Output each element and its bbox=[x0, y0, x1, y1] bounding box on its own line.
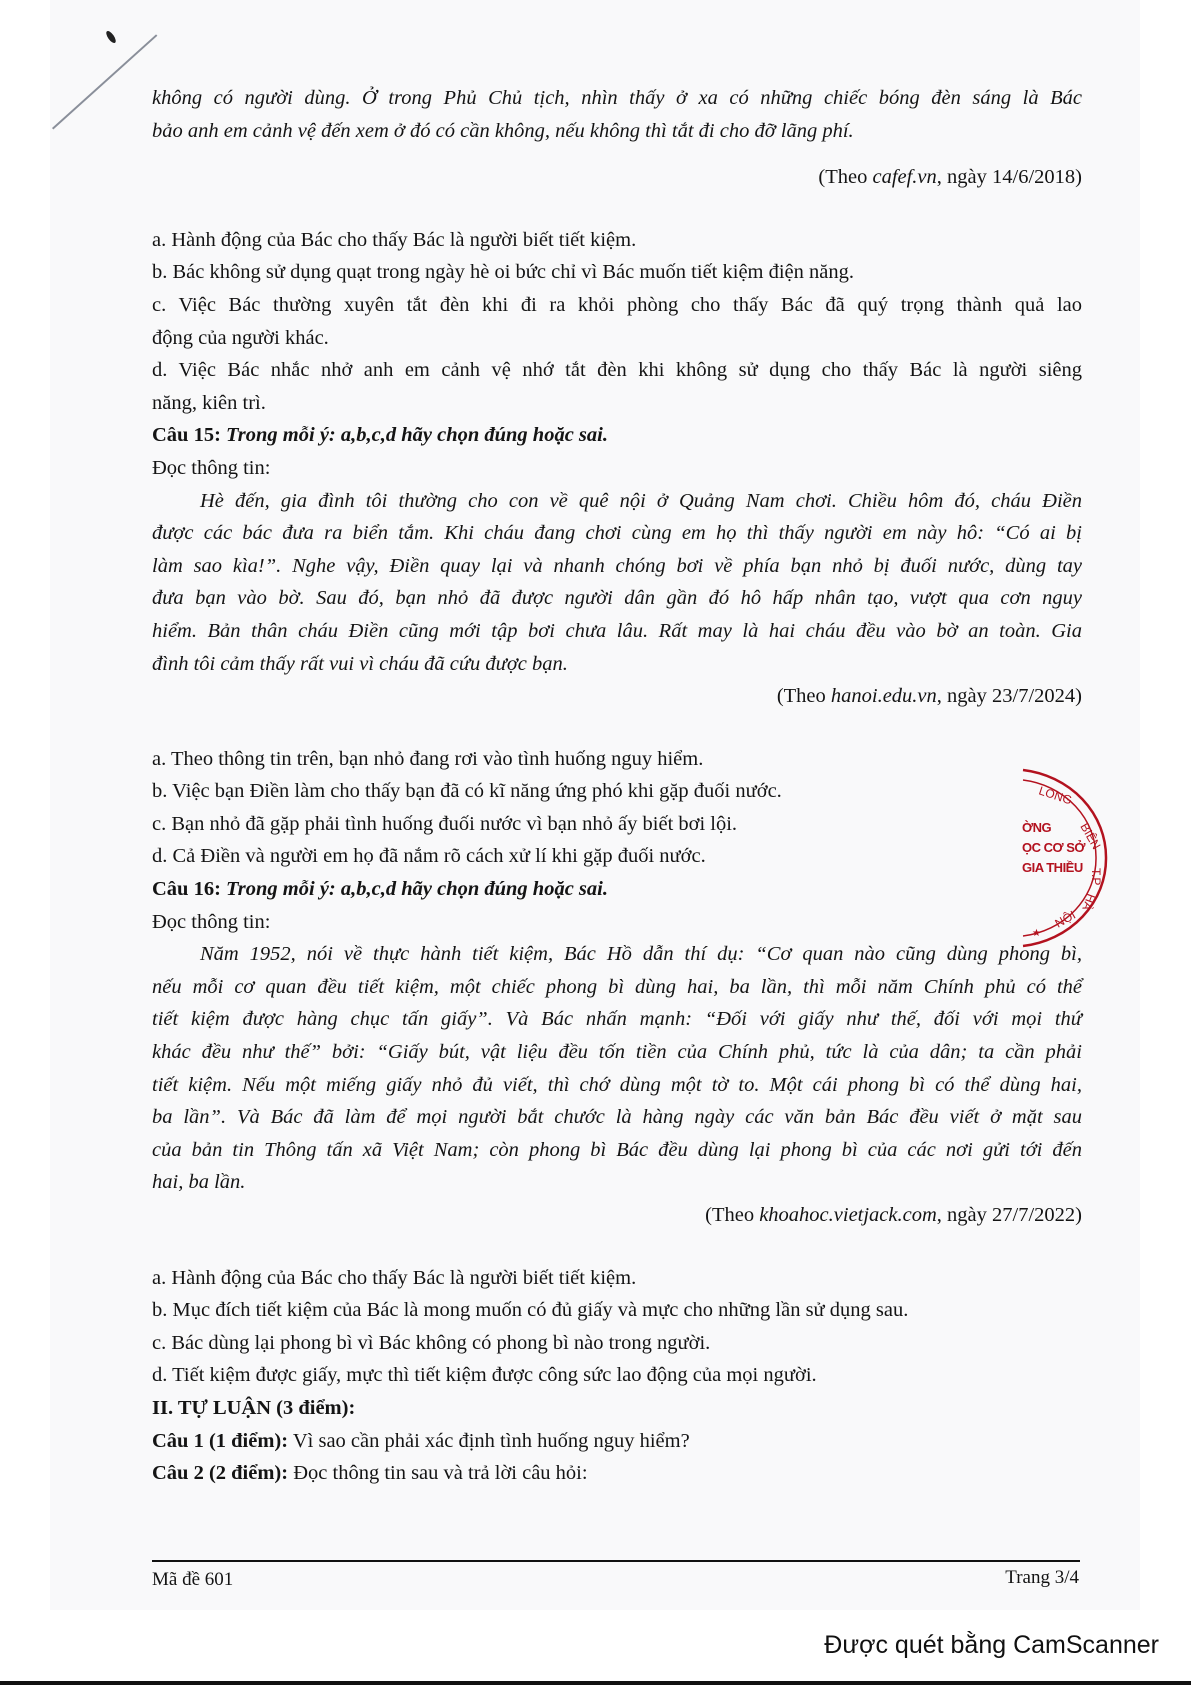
q14-option-c: c. Việc Bác thường xuyên tắt đèn khi đi … bbox=[152, 289, 1082, 322]
q15-passage: Hè đến, gia đình tôi thường cho con về q… bbox=[152, 485, 1082, 681]
q14-source: (Theo cafef.vn, ngày 14/6/2018) bbox=[152, 161, 1082, 194]
q15-read-info: Đọc thông tin: bbox=[152, 452, 1082, 485]
q16-passage: Năm 1952, nói về thực hành tiết kiệm, Bá… bbox=[152, 938, 1082, 1199]
q16-option-c: c. Bác dùng lại phong bì vì Bác không có… bbox=[152, 1327, 1082, 1360]
q15-option-c: c. Bạn nhỏ đã gặp phải tình huống đuối n… bbox=[152, 808, 1082, 841]
essay-question-1: Câu 1 (1 điểm): Vì sao cần phải xác định… bbox=[152, 1425, 1082, 1458]
q16-read-info: Đọc thông tin: bbox=[152, 906, 1082, 939]
q15-source: (Theo hanoi.edu.vn, ngày 23/7/2024) bbox=[152, 680, 1082, 713]
q15-option-d: d. Cả Điền và người em họ đã nắm rõ cách… bbox=[152, 840, 1082, 873]
svg-text:HÀ: HÀ bbox=[1079, 892, 1099, 913]
q16-option-b: b. Mục đích tiết kiệm của Bác là mong mu… bbox=[152, 1294, 1082, 1327]
q14-option-a: a. Hành động của Bác cho thấy Bác là ngư… bbox=[152, 224, 1082, 257]
stamp-inner-text: ỜNG ỌC CƠ SỞ GIA THIỀU bbox=[1022, 818, 1085, 878]
q16-header: Câu 16: Trong mỗi ý: a,b,c,d hãy chọn đú… bbox=[152, 873, 1082, 906]
svg-text:★: ★ bbox=[1032, 928, 1041, 939]
intro-line: không có người dùng. Ở trong Phủ Chủ tịc… bbox=[152, 82, 1082, 115]
bottom-border bbox=[0, 1681, 1191, 1685]
q14-option-d: d. Việc Bác nhắc nhở anh em cảnh vệ nhớ … bbox=[152, 354, 1082, 387]
q16-source: (Theo khoahoc.vietjack.com, ngày 27/7/20… bbox=[152, 1199, 1082, 1232]
q14-option-c-cont: động của người khác. bbox=[152, 322, 1082, 355]
q16-option-a: a. Hành động của Bác cho thấy Bác là ngư… bbox=[152, 1262, 1082, 1295]
q16-option-d: d. Tiết kiệm được giấy, mực thì tiết kiệ… bbox=[152, 1359, 1082, 1392]
page-number: Trang 3/4 bbox=[1005, 1567, 1079, 1589]
document-body: không có người dùng. Ở trong Phủ Chủ tịc… bbox=[152, 82, 1082, 1490]
essay-question-2: Câu 2 (2 điểm): Đọc thông tin sau và trả… bbox=[152, 1457, 1082, 1490]
camscanner-watermark: Được quét bằng CamScanner bbox=[824, 1631, 1159, 1660]
intro-line: bảo anh em cảnh vệ đến xem ở đó có cần k… bbox=[152, 115, 1082, 148]
q14-option-b: b. Bác không sử dụng quạt trong ngày hè … bbox=[152, 256, 1082, 289]
part2-heading: II. TỰ LUẬN (3 điểm): bbox=[152, 1392, 1082, 1425]
q14-option-d-cont: năng, kiên trì. bbox=[152, 387, 1082, 420]
exam-code: Mã đề 601 bbox=[152, 1569, 233, 1591]
svg-text:T.P: T.P bbox=[1089, 868, 1103, 885]
footer-divider bbox=[152, 1560, 1080, 1562]
q15-option-b: b. Việc bạn Điền làm cho thấy bạn đã có … bbox=[152, 775, 1082, 808]
q15-header: Câu 15: Trong mỗi ý: a,b,c,d hãy chọn đú… bbox=[152, 419, 1082, 452]
q15-option-a: a. Theo thông tin trên, bạn nhỏ đang rơi… bbox=[152, 743, 1082, 776]
